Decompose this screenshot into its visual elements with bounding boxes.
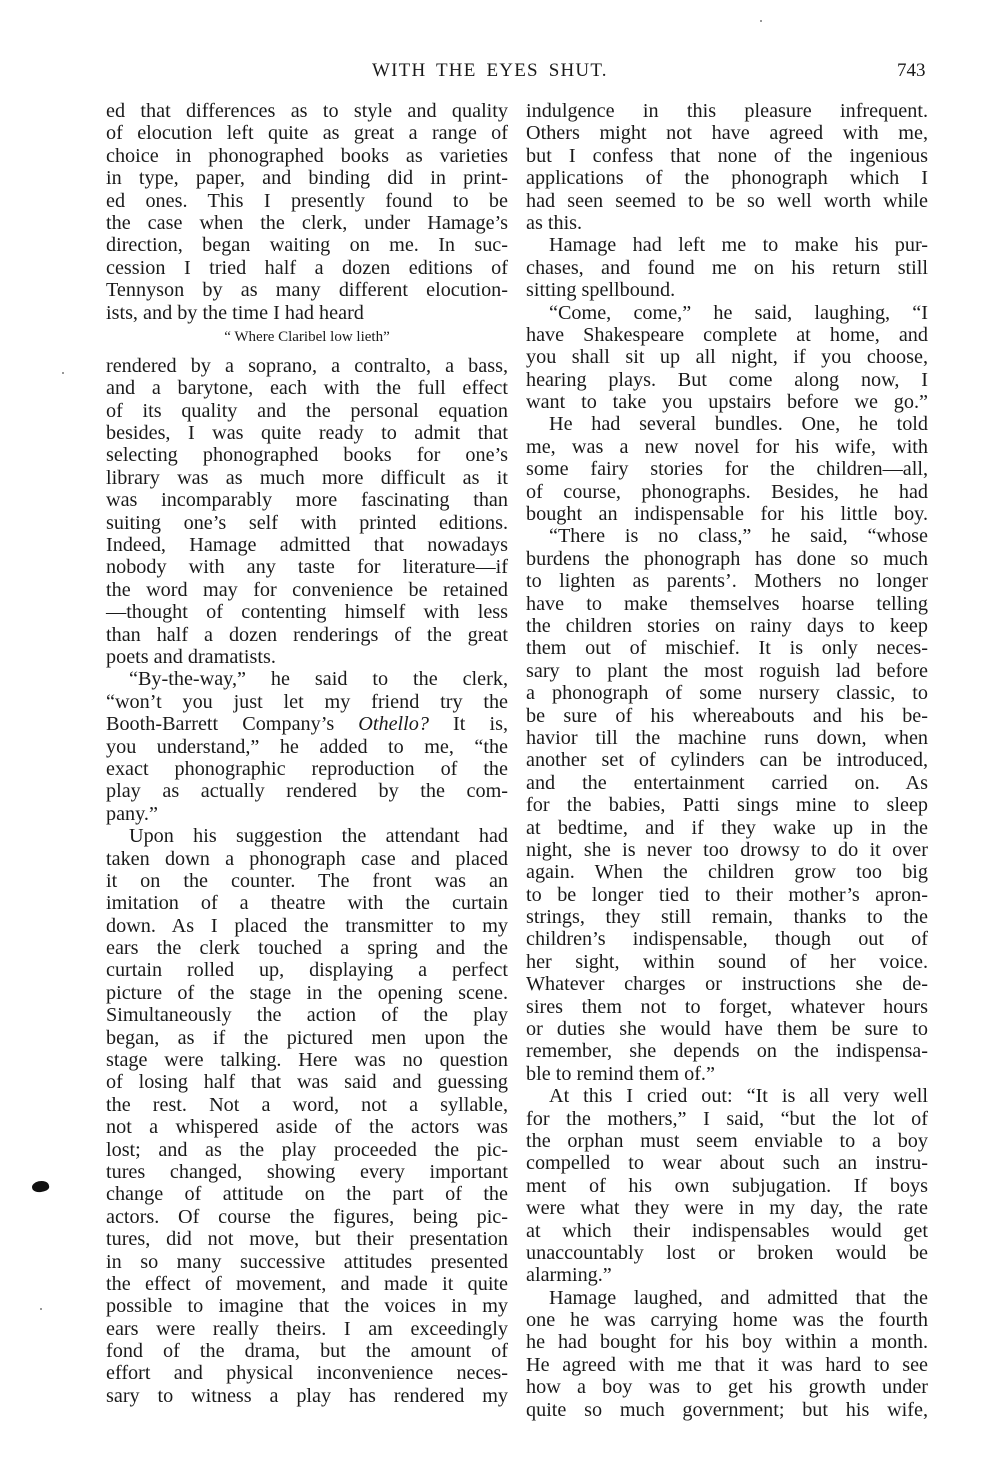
text-line: were what they were in my day, the rate bbox=[526, 1197, 928, 1219]
text-line: the case when the clerk, under Hamage’s bbox=[106, 212, 508, 234]
text-line: “There is no class,” he said, “whose bbox=[526, 525, 928, 547]
text-line: lost; and as the play proceeded the pic- bbox=[106, 1139, 508, 1161]
text-line: be sure of his whereabouts and his be- bbox=[526, 705, 928, 727]
text-line: —thought of contenting himself with less bbox=[106, 601, 508, 623]
text-line: cession I tried half a dozen editions of bbox=[106, 257, 508, 279]
text-line: the orphan must seem enviable to a boy bbox=[526, 1130, 928, 1152]
text-line: Booth-Barrett Company’s Othello? It is, bbox=[106, 713, 508, 735]
paper-speck bbox=[40, 1308, 42, 1310]
text-line: possible to imagine that the voices in m… bbox=[106, 1295, 508, 1317]
text-line: quite so much government; but his wife, bbox=[526, 1399, 928, 1421]
text-line: sary to plant the most roguish lad befor… bbox=[526, 660, 928, 682]
text-line: it on the counter. The front was an bbox=[106, 870, 508, 892]
text-line: them out of mischief. It is only neces- bbox=[526, 637, 928, 659]
text-line: “By-the-way,” he said to the clerk, bbox=[106, 668, 508, 690]
text-line: exact phonographic reproduction of the bbox=[106, 758, 508, 780]
text-line: had seen seemed to be so well worth whil… bbox=[526, 190, 928, 212]
text-line: in so many successive attitudes presente… bbox=[106, 1251, 508, 1273]
text-line: chases, and found me on his return still bbox=[526, 257, 928, 279]
text-line: me, was a new novel for his wife, with bbox=[526, 436, 928, 458]
paper-speck bbox=[62, 372, 64, 374]
text-line: ears were really theirs. I am exceedingl… bbox=[106, 1318, 508, 1340]
text-line: at which their indispensables would get bbox=[526, 1220, 928, 1242]
text-line: He agreed with me that it was hard to se… bbox=[526, 1354, 928, 1376]
text-line: Tennyson by as many different elocution- bbox=[106, 279, 508, 301]
text-line: ment of his own subjugation. If boys bbox=[526, 1175, 928, 1197]
text-line: remember, she depends on the indispensa- bbox=[526, 1040, 928, 1062]
text-line: the children stories on rainy days to ke… bbox=[526, 615, 928, 637]
text-line: of elocution left quite as great a range… bbox=[106, 122, 508, 144]
text-line: ears the clerk touched a spring and the bbox=[106, 937, 508, 959]
text-line: fond of the drama, but the amount of bbox=[106, 1340, 508, 1362]
text-line: you understand,” he added to me, “the bbox=[106, 736, 508, 758]
text-line: havior till the machine runs down, when bbox=[526, 727, 928, 749]
running-header: WITH THE EYES SHUT. 743 bbox=[0, 60, 1000, 90]
text-line: not a whispered aside of the actors was bbox=[106, 1116, 508, 1138]
text-line: a phonograph of some nursery classic, to bbox=[526, 682, 928, 704]
text-line: for the babies, Patti sings mine to slee… bbox=[526, 794, 928, 816]
text-line: want to take you upstairs before we go.” bbox=[526, 391, 928, 413]
text-segment: Booth-Barrett Company’s bbox=[106, 713, 358, 735]
text-line: pany.” bbox=[106, 803, 508, 825]
text-line: again. When the children grow too big bbox=[526, 861, 928, 883]
page-number: 743 bbox=[897, 60, 926, 82]
text-line: Hamage had left me to make his pur- bbox=[526, 234, 928, 256]
text-line: effort and physical inconvenience neces- bbox=[106, 1362, 508, 1384]
text-line: change of attitude on the part of the bbox=[106, 1183, 508, 1205]
text-line: indulgence in this pleasure infrequent. bbox=[526, 100, 928, 122]
text-line: he had bought for his boy within a month… bbox=[526, 1331, 928, 1353]
text-line: suiting one’s self with printed editions… bbox=[106, 512, 508, 534]
text-line: of course, phonographs. Besides, he had bbox=[526, 481, 928, 503]
text-line: He had several bundles. One, he told bbox=[526, 413, 928, 435]
text-line: taken down a phonograph case and placed bbox=[106, 848, 508, 870]
text-line: ble to remind them of.” bbox=[526, 1063, 928, 1085]
text-line: Upon his suggestion the attendant had bbox=[106, 825, 508, 847]
text-line: her sight, within sound of her voice. bbox=[526, 951, 928, 973]
right-lines: indulgence in this pleasure infrequent.O… bbox=[526, 100, 928, 1421]
text-line: ed that differences as to style and qual… bbox=[106, 100, 508, 122]
text-line: and the entertainment carried on. As bbox=[526, 772, 928, 794]
text-line: sitting spellbound. bbox=[526, 279, 928, 301]
text-line: ed ones. This I presently found to be bbox=[106, 190, 508, 212]
text-line: was incomparably more fascinating than bbox=[106, 489, 508, 511]
text-line: selecting phonographed books for one’s bbox=[106, 444, 508, 466]
text-line: one he was carrying home was the fourth bbox=[526, 1309, 928, 1331]
text-line: tures, did not move, but their presentat… bbox=[106, 1228, 508, 1250]
verse-quote: “ Where Claribel low lieth” bbox=[106, 324, 508, 355]
text-line: direction, began waiting on me. In suc- bbox=[106, 234, 508, 256]
text-line: but I confess that none of the ingenious bbox=[526, 145, 928, 167]
text-line: of its quality and the personal equation bbox=[106, 400, 508, 422]
left-column: ed that differences as to style and qual… bbox=[106, 100, 508, 1407]
text-line: unaccountably lost or broken would be bbox=[526, 1242, 928, 1264]
text-line: the word may for convenience be retained bbox=[106, 579, 508, 601]
text-line: Simultaneously the action of the play bbox=[106, 1004, 508, 1026]
text-line: applications of the phonograph which I bbox=[526, 167, 928, 189]
text-line: have to make themselves hoarse telling bbox=[526, 593, 928, 615]
text-line: as this. bbox=[526, 212, 928, 234]
text-line: the effect of movement, and made it quit… bbox=[106, 1273, 508, 1295]
text-segment: It is, bbox=[429, 713, 508, 735]
text-line: poets and dramatists. bbox=[106, 646, 508, 668]
ink-blot-mark bbox=[31, 1179, 50, 1193]
left-lines-after-quote: rendered by a soprano, a contralto, a ba… bbox=[106, 355, 508, 1407]
text-line: in type, paper, and binding did in print… bbox=[106, 167, 508, 189]
text-line: play as actually rendered by the com- bbox=[106, 780, 508, 802]
text-line: sary to witness a play has rendered my bbox=[106, 1385, 508, 1407]
play-title-italic: Othello? bbox=[358, 713, 429, 735]
text-line: burdens the phonograph has done so much bbox=[526, 548, 928, 570]
text-line: sires them not to forget, whatever hours bbox=[526, 996, 928, 1018]
text-line: besides, I was quite ready to admit that bbox=[106, 422, 508, 444]
paper-speck bbox=[760, 20, 762, 22]
text-line: nobody with any taste for literature—if bbox=[106, 556, 508, 578]
text-line: “Come, come,” he said, laughing, “I bbox=[526, 302, 928, 324]
text-line: or duties she would have them be sure to bbox=[526, 1018, 928, 1040]
text-line: choice in phonographed books as varietie… bbox=[106, 145, 508, 167]
text-line: compelled to wear about such an instru- bbox=[526, 1152, 928, 1174]
text-line: to be longer tied to their mother’s apro… bbox=[526, 884, 928, 906]
text-line: have Shakespeare complete at home, and bbox=[526, 324, 928, 346]
text-line: down. As I placed the transmitter to my bbox=[106, 915, 508, 937]
text-line: some fairy stories for the children—all, bbox=[526, 458, 928, 480]
text-line: strings, they still remain, thanks to th… bbox=[526, 906, 928, 928]
text-line: for the mothers,” I said, “but the lot o… bbox=[526, 1108, 928, 1130]
text-line: and a barytone, each with the full effec… bbox=[106, 377, 508, 399]
text-line: Whatever charges or instructions she de- bbox=[526, 973, 928, 995]
text-line: tures changed, showing every important bbox=[106, 1161, 508, 1183]
text-line: imitation of a theatre with the curtain bbox=[106, 892, 508, 914]
text-line: library was as much more difficult as it bbox=[106, 467, 508, 489]
text-line: ists, and by the time I had heard bbox=[106, 302, 508, 324]
text-line: picture of the stage in the opening scen… bbox=[106, 982, 508, 1004]
right-column: indulgence in this pleasure infrequent.O… bbox=[526, 100, 928, 1421]
text-line: children’s indispensable, though out of bbox=[526, 928, 928, 950]
left-lines-before-quote: ed that differences as to style and qual… bbox=[106, 100, 508, 324]
text-line: another set of cylinders can be introduc… bbox=[526, 749, 928, 771]
text-line: at bedtime, and if they wake up in the bbox=[526, 817, 928, 839]
text-line: curtain rolled up, displaying a perfect bbox=[106, 959, 508, 981]
text-line: actors. Of course the figures, being pic… bbox=[106, 1206, 508, 1228]
text-line: how a boy was to get his growth under bbox=[526, 1376, 928, 1398]
text-line: of losing half that was said and guessin… bbox=[106, 1071, 508, 1093]
text-line: the rest. Not a word, not a syllable, bbox=[106, 1094, 508, 1116]
text-line: rendered by a soprano, a contralto, a ba… bbox=[106, 355, 508, 377]
text-line: you shall sit up all night, if you choos… bbox=[526, 346, 928, 368]
text-line: began, as if the pictured men upon the bbox=[106, 1027, 508, 1049]
text-line: bought an indispensable for his little b… bbox=[526, 503, 928, 525]
text-line: At this I cried out: “It is all very wel… bbox=[526, 1085, 928, 1107]
text-line: “won’t you just let my friend try the bbox=[106, 691, 508, 713]
text-line: Others might not have agreed with me, bbox=[526, 122, 928, 144]
text-line: than half a dozen renderings of the grea… bbox=[106, 624, 508, 646]
text-line: to lighten as parents’. Mothers no longe… bbox=[526, 570, 928, 592]
text-line: Indeed, Hamage admitted that nowadays bbox=[106, 534, 508, 556]
text-line: night, she is never too drowsy to do it … bbox=[526, 839, 928, 861]
running-title: WITH THE EYES SHUT. bbox=[372, 60, 608, 82]
text-line: stage were talking. Here was no question bbox=[106, 1049, 508, 1071]
text-line: alarming.” bbox=[526, 1264, 928, 1286]
text-line: Hamage laughed, and admitted that the bbox=[526, 1287, 928, 1309]
text-line: hearing plays. But come along now, I bbox=[526, 369, 928, 391]
